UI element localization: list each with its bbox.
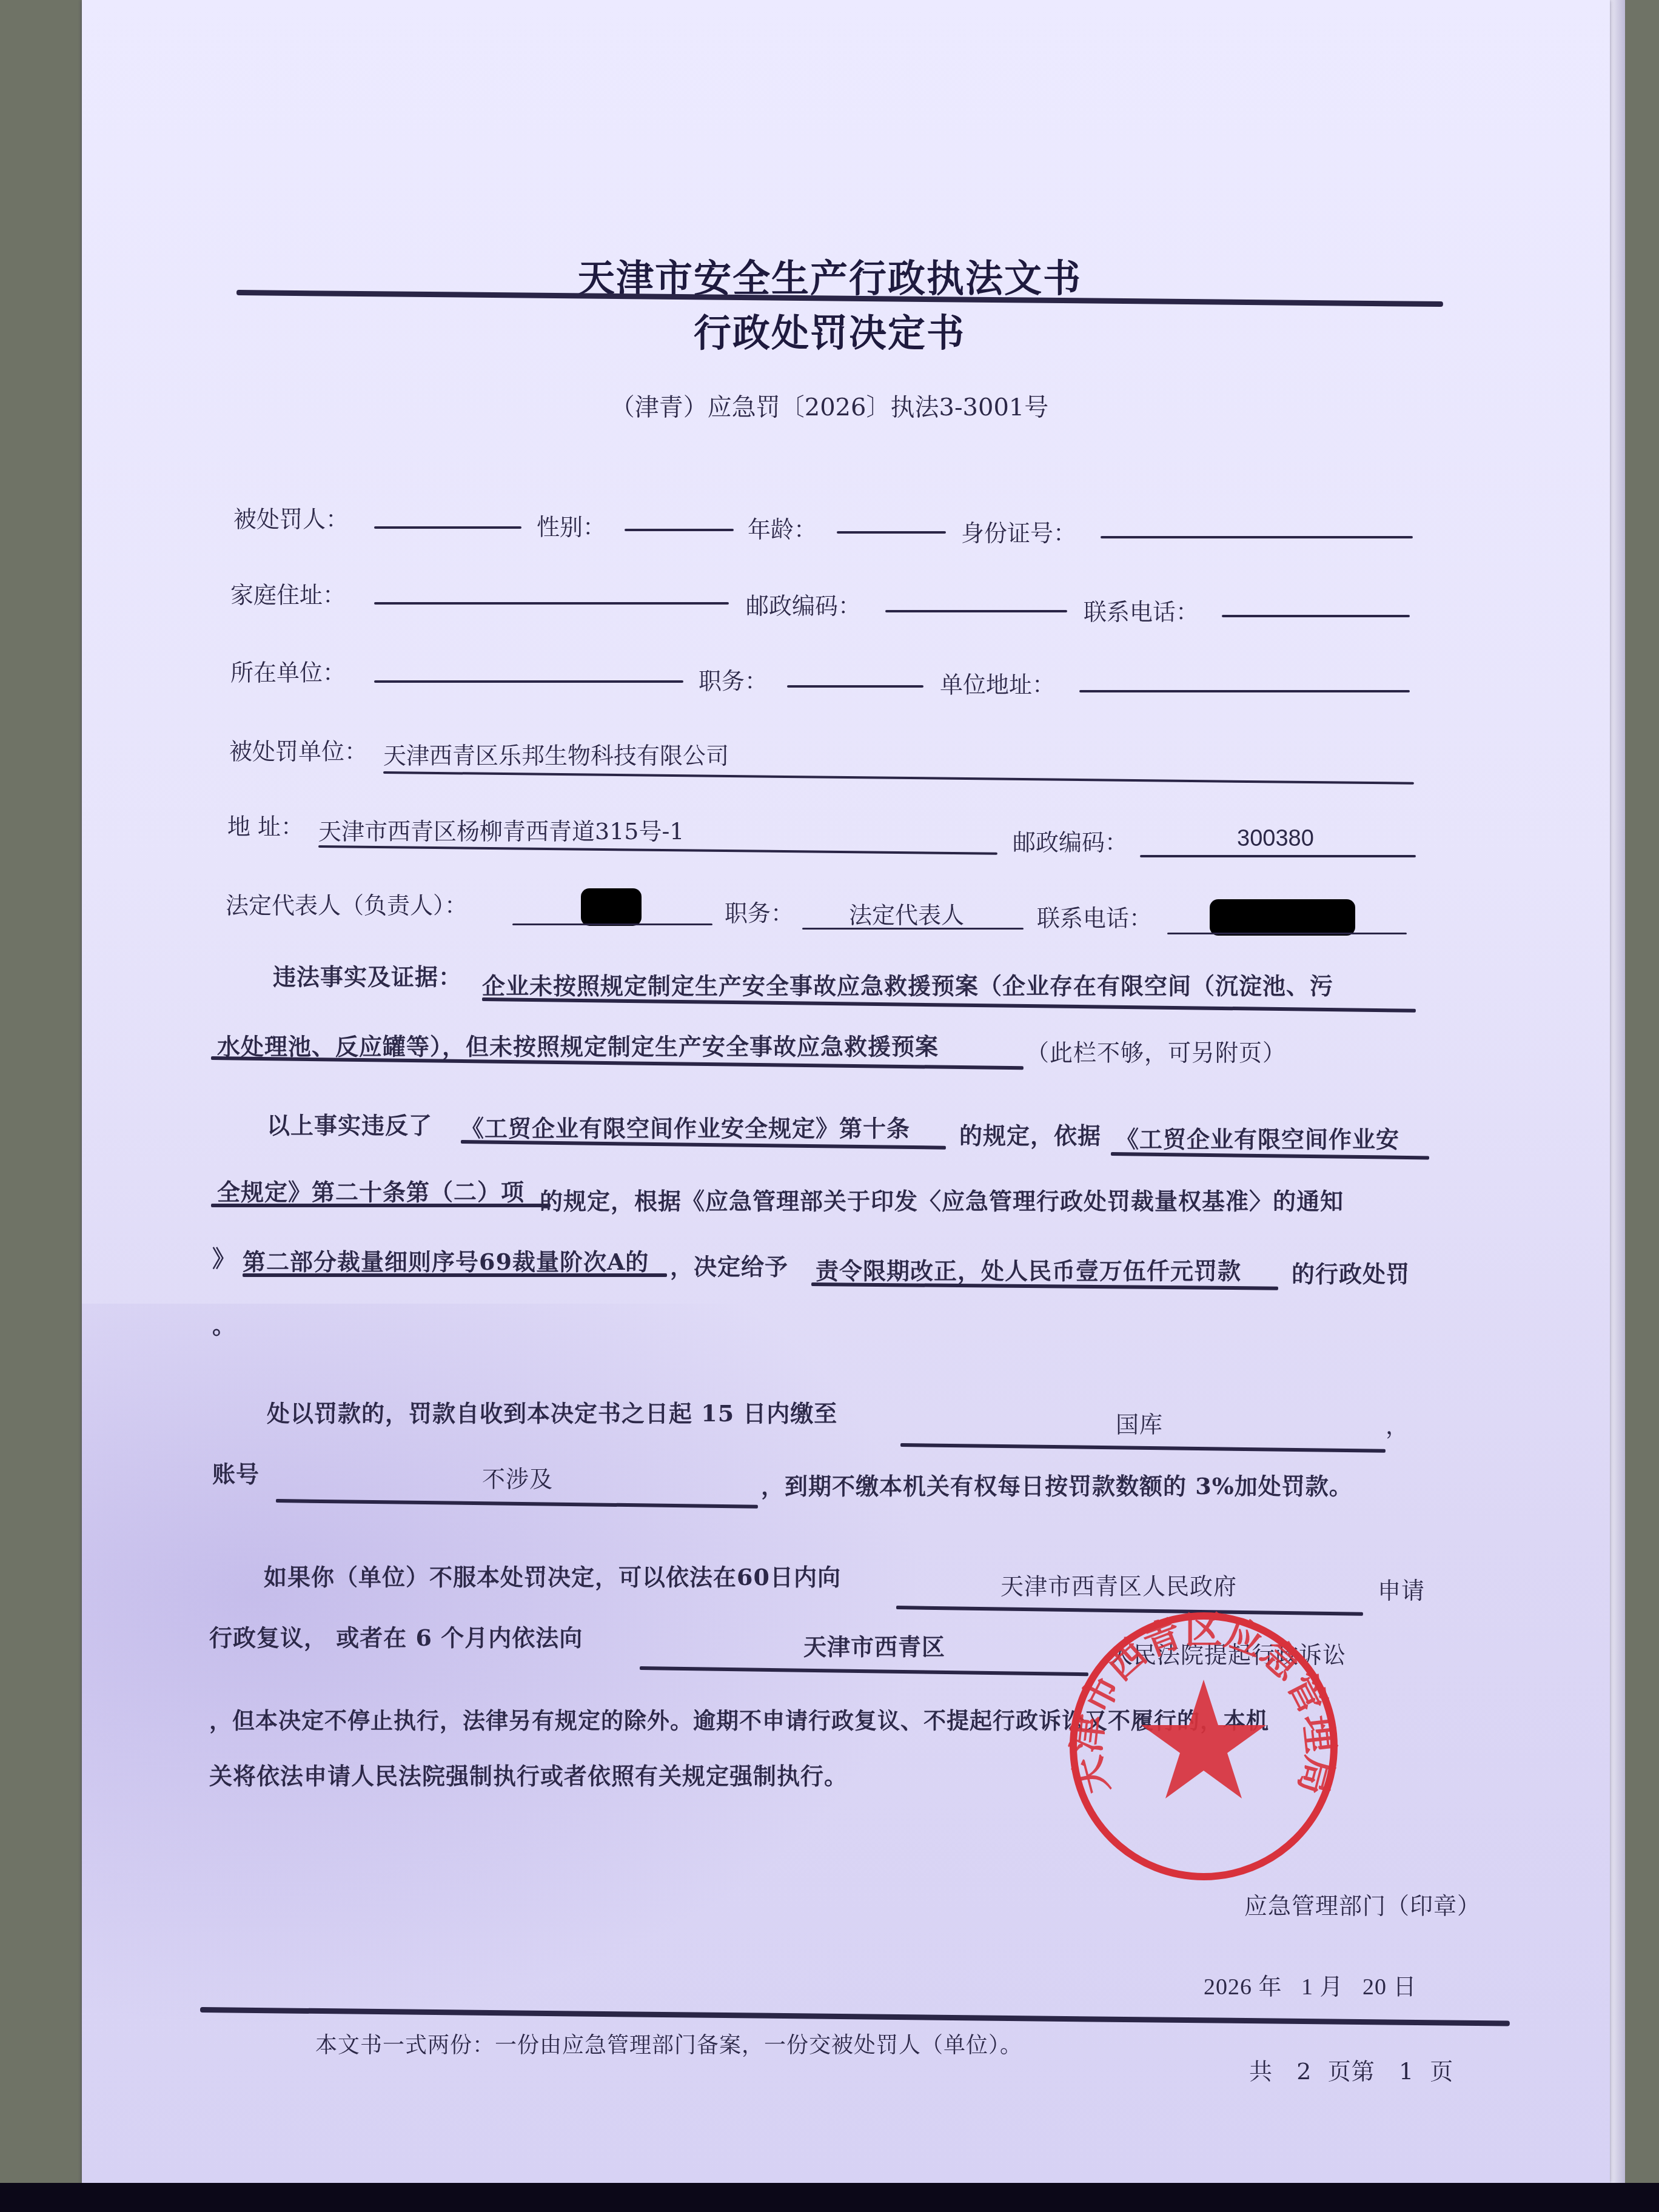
court-name: 天津市西青区	[803, 1628, 945, 1661]
basis-rule-underline-2	[211, 1204, 551, 1207]
facts-text-line2: 水处理池、反应罐等），但未按照规定制定生产安全事故应急救援预案	[217, 1028, 939, 1061]
page-total-suffix: 页第	[1328, 2058, 1375, 2085]
facts-label: 违法事实及证据：	[273, 958, 462, 991]
individual-name-field	[374, 526, 521, 529]
rep-phone-label: 联系电话：	[1037, 899, 1152, 933]
violated-rule: 《工贸企业有限空间作业安全规定》第十条	[461, 1110, 910, 1143]
appeal-text-c: 行政复议， 或者在 6 个月内依法向	[209, 1619, 583, 1652]
home-phone-label: 联系电话：	[1084, 593, 1199, 626]
age-field	[837, 531, 946, 534]
entity-name-label: 被处罚单位：	[229, 732, 367, 766]
basis-rule-part1: 《工贸企业有限空间作业安	[1116, 1121, 1399, 1154]
position-label: 职务：	[699, 662, 768, 695]
rep-position-value: 法定代表人	[849, 896, 964, 930]
entity-address-value: 天津市西青区杨柳青西青道315号-1	[318, 813, 685, 846]
employer-label: 所在单位：	[230, 654, 346, 687]
document-number: （津青）应急罚〔2026〕执法3-3001号	[0, 388, 1659, 423]
review-body: 天津市西青区人民政府	[1000, 1567, 1237, 1601]
rep-phone-field	[1167, 933, 1407, 934]
account-value: 不涉及	[482, 1460, 553, 1493]
home-phone-field	[1222, 615, 1410, 617]
employer-address-field	[1079, 690, 1410, 692]
page-current: 1	[1399, 2058, 1414, 2085]
day-unit: 日	[1393, 1974, 1417, 2000]
employer-field	[374, 680, 683, 683]
copies-note: 本文书一式两份：一份由应急管理部门备案，一份交被处罚人（单位）。	[315, 2028, 1022, 2059]
payment-text-b: ，到期不缴本机关有权每日按罚款数额的 3%加处罚款。	[761, 1467, 1353, 1501]
penalty-text: 责令限期改正，处人民币壹万伍仟元罚款	[816, 1252, 1241, 1285]
decision-end: 。	[212, 1307, 236, 1340]
home-address-field	[374, 602, 729, 605]
date-year: 2026	[1204, 1974, 1252, 2000]
discretion-reference: 第二部分裁量细则序号69裁量阶次A的	[243, 1243, 649, 1276]
discretion-underline	[243, 1273, 667, 1277]
legal-rep-field	[512, 923, 712, 925]
id-number-field	[1101, 536, 1413, 538]
entity-address-label: 地 址：	[227, 808, 304, 841]
decision-text-a: 以上事实违反了	[267, 1107, 432, 1140]
document-type-title: 行政处罚决定书	[0, 303, 1659, 357]
gender-field	[625, 529, 734, 531]
entity-postcode-value: 300380	[1237, 826, 1314, 852]
legal-rep-label: 法定代表人（负责人）：	[226, 886, 468, 920]
age-label: 年龄：	[748, 511, 817, 544]
entity-postcode-field	[1140, 855, 1416, 857]
facts-text-line1: 企业未按照规定制定生产安全事故应急救援预案（企业存在有限空间（沉淀池、污	[482, 967, 1333, 1000]
rep-position-label: 职务：	[725, 894, 794, 928]
decision-text-d: 》	[212, 1240, 236, 1273]
page-total-prefix: 共	[1249, 2058, 1273, 2085]
date-month: 1	[1301, 1974, 1313, 2000]
account-label: 账号	[212, 1455, 260, 1489]
decision-text-c: 的规定，根据《应急管理部关于印发〈应急管理行政处罚裁量权基准〉的通知	[540, 1182, 1344, 1216]
appeal-text-f: 关将依法申请人民法院强制执行或者依照有关规定强制执行。	[209, 1757, 848, 1791]
employer-address-label: 单位地址：	[940, 666, 1055, 699]
date-day: 20	[1362, 1974, 1387, 2000]
basis-rule-part2: 全规定》第二十条第（二）项	[217, 1173, 525, 1207]
department-stamp-label: 应急管理部门（印章）	[1244, 1887, 1481, 1920]
decision-date: 2026 年 1 月 20 日	[1204, 1968, 1417, 2001]
year-unit: 年	[1259, 1974, 1282, 2000]
page-total: 2	[1296, 2058, 1312, 2085]
rep-position-field	[802, 928, 1024, 930]
gender-label: 性别：	[537, 508, 606, 541]
month-unit: 月	[1320, 1974, 1344, 2000]
appeal-text-a: 如果你（单位）不服本处罚决定，可以依法在60日内向	[264, 1558, 841, 1592]
decision-text-f: 的行政处罚	[1292, 1255, 1410, 1289]
entity-name-value: 天津西青区乐邦生物科技有限公司	[383, 737, 729, 770]
appeal-text-b: 申请	[1378, 1572, 1425, 1605]
page-current-suffix: 页	[1430, 2058, 1453, 2085]
payment-text-a: 处以罚款的，罚款自收到本决定书之日起 15 日内缴至	[267, 1395, 837, 1428]
dark-background	[0, 2183, 1659, 2212]
legal-rep-redaction	[581, 888, 642, 926]
rep-phone-redaction	[1210, 899, 1355, 936]
home-address-label: 家庭住址：	[230, 576, 346, 609]
home-postcode-field	[885, 610, 1067, 612]
home-postcode-label: 邮政编码：	[746, 587, 861, 620]
page-indicator: 共 2 页第 1 页	[1249, 2053, 1453, 2086]
official-seal: 天津市西青区应急管理局	[1064, 1607, 1343, 1886]
facts-note: （此栏不够，可另附页）	[1026, 1034, 1286, 1067]
entity-postcode-label: 邮政编码：	[1013, 823, 1128, 857]
individual-name-label: 被处罚人：	[233, 500, 349, 534]
position-field	[787, 685, 923, 688]
seal-star-icon	[1141, 1680, 1266, 1798]
decision-text-e: ，决定给予	[670, 1248, 788, 1281]
decision-text-b: 的规定，依据	[959, 1117, 1101, 1150]
payment-destination: 国库	[1116, 1406, 1163, 1439]
payment-comma: ，	[1386, 1407, 1409, 1440]
id-number-label: 身份证号：	[961, 514, 1076, 548]
